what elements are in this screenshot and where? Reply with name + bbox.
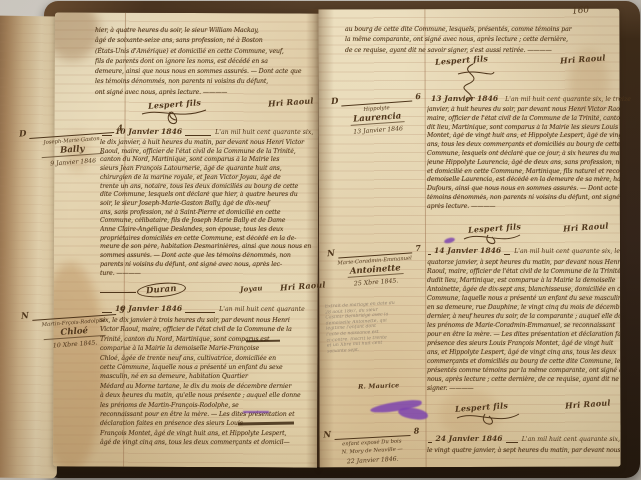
margin-surname: Laurencia — [350, 111, 405, 126]
manuscript-line: ans, et Hippolyte Lespert, âgé de vingt … — [427, 348, 620, 357]
manuscript-line: Chloé, âgée de trente neuf ans, cultivat… — [100, 354, 318, 363]
manuscript-line: Médard au Morne tartane, le dix du mois … — [100, 382, 318, 391]
manuscript-line: dit lieu, Martinique, sont comparus à la… — [427, 124, 620, 133]
manuscript-line: dudit lieu, Martinique, est comparue à l… — [427, 276, 620, 285]
manuscript-line: ans, sans profession, né à Saint-Pierre … — [100, 209, 317, 218]
entry-5-continuation: au bourg de cette dite Commune, lesquels… — [345, 25, 618, 56]
entry-date: 14 Janvier 1846 — [434, 246, 501, 255]
heading-dash — [185, 129, 211, 136]
manuscript-line: sieurs Jean François Latournerie, âgé de… — [100, 165, 317, 174]
manuscript-line: (États-Unis d'Amérique) et domicilié en … — [95, 47, 317, 57]
manuscript-line: hier, à quatre heures du soir, le sieur … — [95, 26, 317, 36]
witness-signature-oval: Duran — [137, 282, 186, 298]
manuscript-line: Raoul, maire, officier de l'état civil d… — [100, 148, 317, 157]
heading-dash — [504, 248, 510, 255]
manuscript-line: trente un ans, notaire, tous les deux do… — [100, 183, 317, 192]
entry-first-line: L'an mil huit cent quarante six, — [522, 436, 620, 443]
scanned-register-photo: 160 hier, à quatre heures du soir, le si… — [0, 0, 641, 480]
entry-first-line: L'an mil huit cent quarante six, — [215, 129, 313, 136]
manuscript-line: en sa demeure, rue Dauphine, le vingt ci… — [427, 303, 620, 312]
manuscript-line: dite Commune, lesquels ont déclaré que h… — [100, 191, 317, 200]
manuscript-line: soir, le sieur Joseph-Marie-Gaston Bally… — [100, 200, 317, 209]
manuscript-line: demeure, ainsi que nous nous en sommes a… — [95, 67, 317, 77]
page-number: 160 — [572, 5, 590, 17]
pencil-annotation: Extrait de mariage en date du28 août 186… — [325, 300, 424, 355]
manuscript-line: quatorze janvier, à sept heures du matin… — [427, 258, 620, 267]
manuscript-line: Commune, lesquels ont déclaré que ce jou… — [427, 150, 620, 159]
manuscript-line: signer. ———— — [427, 384, 620, 393]
manuscript-line: canton du Nord, Martinique, sont comparu… — [100, 156, 317, 165]
manuscript-line: janvier, à huit heures du soir, par deva… — [427, 106, 620, 115]
signature-rule — [100, 292, 136, 293]
heading-dash — [102, 306, 112, 313]
entry-first-line: L'an mil huit cent quarante six, le trei… — [505, 96, 631, 103]
manuscript-line: Raoul, maire, officier de l'état civil d… — [427, 267, 620, 276]
manuscript-line: François Montet, âgé de vingt huit ans, … — [100, 429, 318, 438]
signature-paraph-icon — [140, 106, 210, 128]
entry-8-heading: 24 Janvier 1846 L'an mil huit cent quara… — [428, 434, 620, 443]
manuscript-line: au bourg de cette dite Commune, lesquels… — [345, 25, 618, 35]
purple-underline — [243, 411, 269, 413]
manuscript-line: comparue à la Mairie la demoiselle Marie… — [100, 344, 318, 353]
manuscript-line: les prénoms de Marie-Coradmin-Emmanuel, … — [427, 321, 620, 330]
signature-paraph-icon — [462, 231, 522, 247]
manuscript-line: après lecture. ———— — [427, 203, 620, 212]
manuscript-line: maire, officier de l'état civil de la Co… — [427, 115, 620, 124]
margin-letter: N — [21, 311, 29, 322]
entry-6-body: janvier, à huit heures du soir, par deva… — [427, 106, 620, 212]
manuscript-line: propriétaires domiciliés en cette Commun… — [100, 235, 317, 244]
manuscript-line: les témoins dénommés, non parents ni voi… — [95, 77, 317, 87]
manuscript-line: meure de son père, habitation Desmariniè… — [100, 243, 317, 252]
manuscript-line: ans, tous les deux commerçants et domici… — [427, 141, 620, 150]
manuscript-line: âgé de vingt cinq ans, tous les deux com… — [100, 438, 318, 447]
margin-letter: N — [323, 430, 331, 440]
manuscript-line: Antoinette, âgée de dix-sept ans, blanch… — [427, 285, 620, 294]
pencil-signature: R. Maurice — [358, 381, 400, 390]
manuscript-line: chirurgien de la marine royale, et Jean … — [100, 174, 317, 183]
entry-5-body: six, le dix janvier à trois heures du so… — [100, 316, 318, 448]
duran-oval-signature: Duran — [136, 281, 186, 299]
margin-letter: D — [331, 97, 339, 107]
signature-paraph-icon — [455, 410, 521, 428]
manuscript-line: pour en être la mère. — Les dites présen… — [427, 330, 620, 339]
entry-4-body: le dix janvier, à huit heures du matin, … — [100, 139, 317, 278]
manuscript-line: masculin, né en sa demeure, habitation Q… — [100, 372, 318, 381]
margin-letter: D — [19, 129, 27, 139]
manuscript-line: présentés comme témoins par la même comp… — [427, 366, 620, 375]
margin-number: 6 — [415, 91, 421, 101]
manuscript-line: Montet, âgé de vingt huit ans, et Hippol… — [427, 132, 620, 141]
margin-number: 7 — [415, 243, 421, 253]
margin-letter: N — [327, 249, 335, 260]
entry-5-heading: 10 Janvier 1846 L'an mil huit cent quara… — [102, 304, 318, 313]
entry-date: 24 Janvier 1846 — [435, 434, 502, 443]
manuscript-line: la même comparante, ont signé avec nous,… — [345, 35, 618, 45]
heading-dash — [428, 436, 432, 443]
entry-8-body: le vingt quatre janvier, à sept heures d… — [427, 446, 620, 455]
manuscript-line: nous, après lecture ; cette dernière, de… — [427, 375, 620, 384]
witness-signature: Joyau — [240, 283, 263, 294]
entry-3-continuation: hier, à quatre heures du soir, le sieur … — [95, 26, 317, 98]
heading-dash — [428, 248, 431, 255]
manuscript-line: le vingt quatre janvier, à sept heures d… — [427, 446, 620, 455]
entry-date: 10 Janvier 1846 — [115, 127, 182, 136]
manuscript-line: Victor Raoul, maire, officier de l'état … — [100, 325, 318, 334]
entry-first-line: L'an mil huit cent quarante — [219, 306, 305, 313]
manuscript-line: fils de parents dont on ignore les noms,… — [95, 57, 317, 67]
heading-dash — [185, 306, 215, 313]
manuscript-line: Commune, célibataire, fils de Joseph Mar… — [100, 217, 317, 226]
entry-4-heading: 10 Janvier 1846 L'an mil huit cent quara… — [102, 127, 318, 136]
margin-note-entry-6: D 6 Hippolyte Laurencia 13 Janvier 1846 — [331, 91, 424, 137]
margin-number: 8 — [413, 426, 419, 436]
heading-dash — [506, 436, 518, 443]
manuscript-line: cette Commune, laquelle nous a présenté … — [100, 363, 318, 372]
manuscript-line: reconnaissant pour en être la mère. — Le… — [100, 410, 318, 419]
manuscript-line: jeune Hippolyte Laurencia, âgé de deux a… — [427, 159, 620, 168]
entry-6-heading: 13 Janvier 1846 L'an mil huit cent quara… — [428, 94, 620, 103]
entry-first-line: L'an mil huit cent quarante six, le — [514, 248, 620, 255]
manuscript-line: à deux heures du matin, qu'elle nous pré… — [100, 391, 318, 400]
manuscript-line: présence des sieurs Louis François Monte… — [427, 339, 620, 348]
manuscript-line: dernier, à neuf heures du soir, de la co… — [427, 312, 620, 321]
manuscript-line: six, le dix janvier à trois heures du so… — [100, 316, 318, 325]
manuscript-line: les prénoms de Martin-François-Rodolphe,… — [100, 401, 318, 410]
entry-7-body: quatorze janvier, à sept heures du matin… — [427, 258, 620, 393]
manuscript-line: demoiselle Laurencia, est décédé en la d… — [427, 176, 620, 185]
entry-date: 13 Janvier 1846 — [431, 94, 498, 103]
manuscript-line: Commune, laquelle nous a présenté un enf… — [427, 294, 620, 303]
manuscript-line: Trinité, canton du Nord, Martinique, son… — [100, 335, 318, 344]
manuscript-line: commerçants et domiciliés au bourg de ce… — [427, 357, 620, 366]
heading-dash — [102, 129, 112, 136]
manuscript-line: Anne Claire-Angélique Deslandes, son épo… — [100, 226, 317, 235]
manuscript-line: âgé de soixante-seize ans, sans professi… — [95, 36, 317, 46]
margin-note-entry-8: N 8 enfant exposé Du bois N. Mory de Neu… — [323, 426, 421, 467]
manuscript-line: témoins dénommés, non parents ni voisins… — [427, 194, 620, 203]
entry-date: 10 Janvier 1846 — [115, 304, 182, 313]
manuscript-line: ture. ———— — [100, 270, 317, 279]
manuscript-line: sommes assurés. — Dont acte que les témo… — [100, 252, 317, 261]
manuscript-line: parents ni voisins du défunt, ont signé … — [100, 261, 317, 270]
entry-7-heading: 14 Janvier 1846 L'an mil huit cent quara… — [428, 246, 620, 255]
manuscript-line: et domicilié en cette Commune, Martiniqu… — [427, 168, 620, 177]
margin-note-entry-7: N 7 Marie-Coradmin-Emmanuel Antoinette 2… — [327, 243, 424, 289]
manuscript-line: le dix janvier, à huit heures du matin, … — [100, 139, 317, 148]
manuscript-line: Dufours, ainsi que nous nous en sommes a… — [427, 185, 620, 194]
